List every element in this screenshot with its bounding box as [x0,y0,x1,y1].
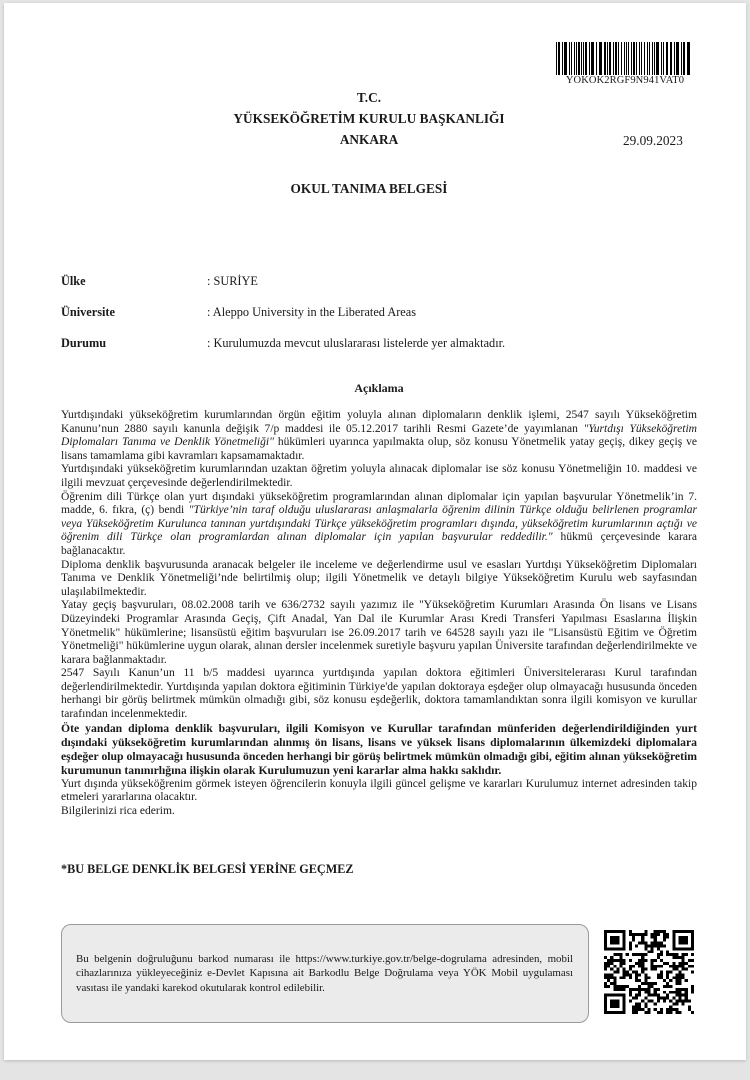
paragraph: Öğrenim dili Türkçe olan yurt dışındaki … [61,491,697,559]
paragraph: Diploma denklik başvurusunda aranacak be… [61,559,697,600]
paragraph-closing: Bilgilerinizi rica ederim. [61,805,697,819]
document-title: OKUL TANIMA BELGESİ [134,181,604,197]
field-value-status: : Kurulumuzda mevcut uluslararası listel… [207,336,505,351]
paragraph: Yatay geçiş başvuruları, 08.02.2008 tari… [61,599,697,667]
paragraph: Yurtdışındaki yükseköğretim kurumlarında… [61,409,697,463]
field-label-country: Ülke [61,274,86,289]
qr-code-icon [604,930,694,1014]
explanation-body: Yurtdışındaki yükseköğretim kurumlarında… [61,409,697,818]
verification-box: Bu belgenin doğruluğunu barkod numarası … [61,924,589,1023]
field-value-country: : SURİYE [207,274,258,289]
document-date: 29.09.2023 [623,133,683,149]
paragraph: Yurtdışındaki yükseköğretim kurumlarında… [61,463,697,490]
disclaimer-note: *BU BELGE DENKLİK BELGESİ YERİNE GEÇMEZ [61,862,353,877]
field-label-status: Durumu [61,336,106,351]
header-institution: YÜKSEKÖĞRETİM KURULU BAŞKANLIĞI [134,111,604,127]
document-page: YOKOK2RGF9N941VAT0 T.C. YÜKSEKÖĞRETİM KU… [4,3,746,1060]
verification-text: Bu belgenin doğruluğunu barkod numarası … [76,952,573,995]
paragraph: 2547 Sayılı Kanun’un 11 b/5 maddesi uyar… [61,667,697,721]
field-value-university: : Aleppo University in the Liberated Are… [207,305,416,320]
explanation-title: Açıklama [61,381,697,396]
paragraph: Yurt dışında yükseköğrenim görmek isteye… [61,778,697,805]
header-city: ANKARA [134,132,604,148]
paragraph-bold: Öte yandan diploma denklik başvuruları, … [61,722,697,778]
barcode-icon [556,42,694,75]
header-tc: T.C. [134,90,604,106]
field-label-university: Üniversite [61,305,115,320]
barcode-number: YOKOK2RGF9N941VAT0 [556,75,694,86]
